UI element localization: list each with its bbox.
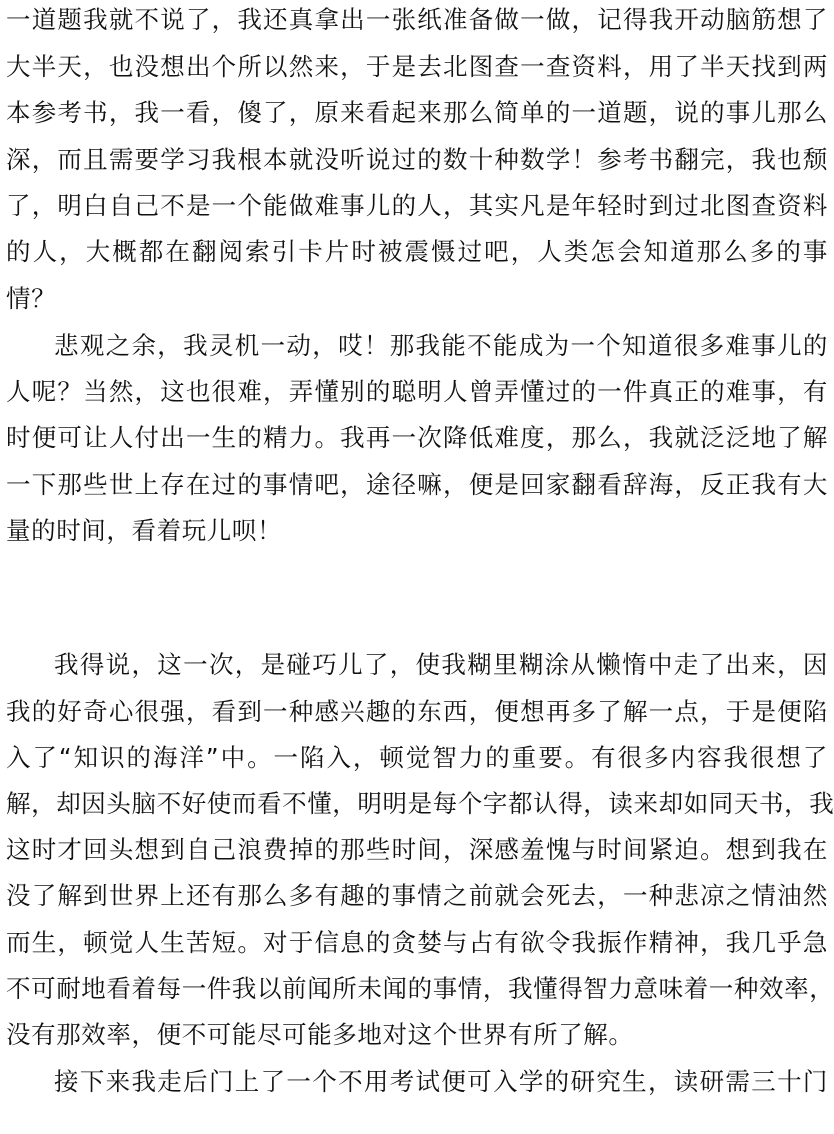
text-line: 没有那效率，便不可能尽可能多地对这个世界有所了解。 bbox=[6, 1020, 828, 1050]
text-line: 这时才回头想到自己浪费掉的那些时间，深感羞愧与时间紧迫。想到我在 bbox=[6, 835, 828, 865]
text-line: 深，而且需要学习我根本就没听说过的数十种数学！参考书翻完，我也颓 bbox=[6, 145, 828, 175]
text-line: 接下来我走后门上了一个不用考试便可入学的研究生，读研需三十门 bbox=[54, 1067, 828, 1097]
text-line: 入了“知识的海洋”中。一陷入，顿觉智力的重要。有很多内容我很想了 bbox=[6, 743, 828, 773]
text-line: 量的时间，看着玩儿呗！ bbox=[6, 516, 828, 546]
text-line: 悲观之余，我灵机一动，哎！那我能不能成为一个知道很多难事儿的 bbox=[54, 331, 828, 361]
text-line: 我的好奇心很强，看到一种感兴趣的东西，便想再多了解一点，于是便陷 bbox=[6, 697, 828, 727]
text-line: 了，明白自己不是一个能做难事儿的人，其实凡是年轻时到过北图查资料 bbox=[6, 191, 828, 221]
text-line: 的人，大概都在翻阅索引卡片时被震慑过吧，人类怎会知道那么多的事 bbox=[6, 237, 828, 267]
text-line: 时便可让人付出一生的精力。我再一次降低难度，那么，我就泛泛地了解 bbox=[6, 423, 828, 453]
text-line: 我得说，这一次，是碰巧儿了，使我糊里糊涂从懒惰中走了出来，因 bbox=[54, 650, 828, 680]
text-line: 一道题我就不说了，我还真拿出一张纸准备做一做，记得我开动脑筋想了 bbox=[6, 5, 828, 35]
text-line: 本参考书，我一看，傻了，原来看起来那么简单的一道题，说的事儿那么 bbox=[6, 98, 828, 128]
text-line: 不可耐地看着每一件我以前闻所未闻的事情，我懂得智力意味着一种效率， bbox=[6, 974, 828, 1004]
scanned-book-page: 一道题我就不说了，我还真拿出一张纸准备做一做，记得我开动脑筋想了 大半天，也没想… bbox=[0, 0, 834, 1134]
text-line: 情？ bbox=[6, 284, 828, 314]
text-line: 而生，顿觉人生苦短。对于信息的贪婪与占有欲令我振作精神，我几乎急 bbox=[6, 928, 828, 958]
text-line: 大半天，也没想出个所以然来，于是去北图查一查资料，用了半天找到两 bbox=[6, 52, 828, 82]
text-line: 解，却因头脑不好使而看不懂，明明是每个字都认得，读来却如同天书，我 bbox=[6, 789, 828, 819]
text-line: 没了解到世界上还有那么多有趣的事情之前就会死去，一种悲凉之情油然 bbox=[6, 881, 828, 911]
text-line: 人呢？当然，这也很难，弄懂别的聪明人曾弄懂过的一件真正的难事，有 bbox=[6, 377, 828, 407]
text-line: 一下那些世上存在过的事情吧，途径嘛，便是回家翻看辞海，反正我有大 bbox=[6, 470, 828, 500]
